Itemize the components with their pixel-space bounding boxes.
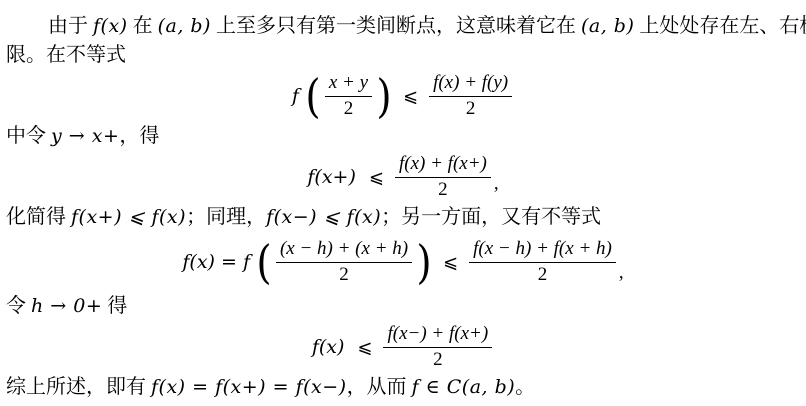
text-run: 得: [102, 295, 127, 317]
math-fraction: f(x) + f(x+) 2: [395, 153, 491, 201]
text-line-3: 中令 y → x+，得: [6, 122, 800, 151]
text-line-6: 综上所述，即有 f(x) = f(x+) = f(x−)，从而 f ∈ C(a,…: [6, 373, 800, 402]
display-formula-1: f ( x + y 2 ) ⩽ f(x) + f(y) 2: [6, 70, 800, 122]
math-run: h → 0+: [31, 295, 102, 317]
math-fraction: (x − h) + (x + h) 2: [276, 238, 412, 286]
big-left-paren: (: [305, 73, 320, 119]
math-fraction: f(x−) + f(x+) 2: [383, 323, 492, 371]
fraction-numerator: (x − h) + (x + h): [276, 238, 412, 262]
math-run: f(x+): [307, 166, 356, 188]
math-run: f(x): [93, 15, 128, 37]
math-run: f(x) = f(x+) = f(x−): [151, 376, 347, 398]
leqslant-symbol: ⩽: [403, 86, 418, 107]
fraction-denominator: 2: [276, 262, 412, 286]
text-run: 上处处存在左、右极: [634, 15, 806, 37]
text-run: ，得: [119, 125, 159, 147]
text-line-1: 由于 f(x) 在 (a, b) 上至多只有第一类间断点，这意味着它在 (a, …: [6, 12, 800, 41]
math-run: f(x−) ⩽ f(x): [266, 206, 381, 228]
math-fraction: f(x − h) + f(x + h) 2: [469, 238, 616, 286]
text-run: 上至多只有第一类间断点，这意味着它在: [211, 15, 581, 37]
fraction-denominator: 2: [469, 262, 616, 286]
document-page: 由于 f(x) 在 (a, b) 上至多只有第一类间断点，这意味着它在 (a, …: [0, 0, 806, 406]
text-run: 由于: [48, 15, 93, 37]
math-run: f(x) = f: [182, 251, 250, 273]
leqslant-symbol: ⩽: [357, 337, 372, 358]
text-line-2: 限。在不等式: [6, 41, 800, 70]
text-line-5: 令 h → 0+ 得: [6, 292, 800, 321]
math-run: f ∈ C(a, b): [412, 376, 516, 398]
text-run: 综上所述，即有: [6, 376, 151, 398]
math-run: f(x): [312, 336, 345, 358]
fraction-denominator: 2: [429, 96, 512, 120]
math-run: (a, b): [158, 15, 211, 37]
text-run: 限。在不等式: [6, 44, 126, 66]
fraction-numerator: f(x − h) + f(x + h): [469, 238, 616, 262]
math-run: y → x+: [51, 125, 119, 147]
text-run: 中令: [6, 125, 51, 147]
fraction-numerator: f(x−) + f(x+): [383, 323, 492, 347]
math-run: (a, b): [581, 15, 634, 37]
math-fraction: f(x) + f(y) 2: [429, 72, 512, 120]
leqslant-symbol: ⩽: [443, 252, 458, 273]
big-right-paren: ): [416, 239, 431, 285]
fraction-denominator: 2: [383, 347, 492, 371]
fraction-denominator: 2: [395, 177, 491, 201]
fraction-numerator: x + y: [325, 72, 372, 96]
trailing-comma: ,: [494, 173, 499, 195]
text-run: ，从而: [347, 376, 412, 398]
fraction-numerator: f(x) + f(y): [429, 72, 512, 96]
math-fraction: x + y 2: [325, 72, 372, 120]
text-run: 。: [515, 376, 535, 398]
text-run: ；同理，: [186, 206, 266, 228]
function-symbol: f: [292, 85, 299, 107]
math-run: f(x+) ⩽ f(x): [71, 206, 186, 228]
big-left-paren: (: [256, 239, 271, 285]
text-run: 令: [6, 295, 31, 317]
big-right-paren: ): [376, 73, 391, 119]
display-formula-3: f(x) = f ( (x − h) + (x + h) 2 ) ⩽ f(x −…: [6, 232, 800, 292]
fraction-denominator: 2: [325, 96, 372, 120]
text-line-4: 化简得 f(x+) ⩽ f(x)；同理，f(x−) ⩽ f(x)；另一方面，又有…: [6, 203, 800, 232]
fraction-numerator: f(x) + f(x+): [395, 153, 491, 177]
leqslant-symbol: ⩽: [369, 167, 384, 188]
display-formula-4: f(x) ⩽ f(x−) + f(x+) 2: [6, 321, 800, 373]
text-run: 在: [128, 15, 158, 37]
trailing-comma: ,: [619, 262, 624, 284]
text-run: ；另一方面，又有不等式: [381, 206, 601, 228]
text-run: 化简得: [6, 206, 71, 228]
display-formula-2: f(x+) ⩽ f(x) + f(x+) 2 ,: [6, 151, 800, 203]
